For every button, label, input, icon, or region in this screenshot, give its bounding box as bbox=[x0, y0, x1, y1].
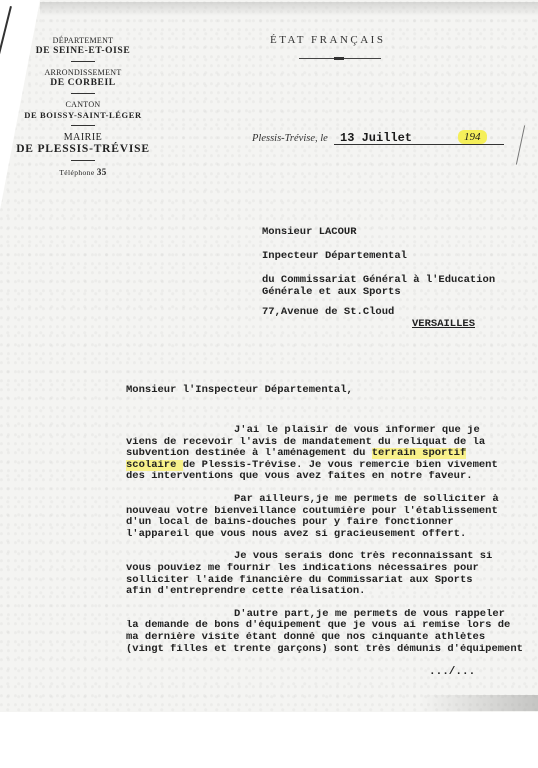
paragraph-3: Je vous serais donc très reconnaissant s… bbox=[126, 551, 538, 597]
telephone: Téléphone 35 bbox=[8, 167, 158, 177]
date-line: Plessis-Trévise, le 13 Juillet 194 bbox=[252, 132, 502, 148]
text-line: vous pouviez me fournir les indications … bbox=[126, 563, 538, 575]
text-segment: de Plessis-Trévise. Je vous remercie bie… bbox=[183, 460, 498, 471]
departement-label: DÉPARTEMENT bbox=[8, 36, 158, 45]
text-line: J'ai le plaisir de vous informer que je bbox=[126, 425, 538, 437]
text-line: la demande de bons d'équipement que je v… bbox=[126, 620, 538, 632]
scan-smudge bbox=[420, 695, 538, 711]
divider bbox=[71, 93, 95, 94]
mairie-label: MAIRIE bbox=[8, 132, 158, 143]
text-line: D'autre part,je me permets de vous rappe… bbox=[126, 609, 538, 621]
text-line: viens de recevoir l'avis de mandatement … bbox=[126, 437, 538, 449]
recipient-org-line1: du Commissariat Général à l'Education bbox=[262, 274, 532, 286]
recipient-city: VERSAILLES bbox=[412, 318, 532, 330]
arrondissement-name: DE CORBEIL bbox=[8, 78, 158, 88]
text-line: subvention destinée à l'aménagement du t… bbox=[126, 448, 538, 460]
crease-mark bbox=[516, 125, 525, 164]
date-place: Plessis-Trévise, le bbox=[252, 133, 328, 144]
recipient-name: Monsieur LACOUR bbox=[262, 226, 532, 238]
recipient-org-line2: Générale et aux Sports bbox=[262, 286, 532, 298]
paragraph-1: J'ai le plaisir de vous informer que je … bbox=[126, 425, 538, 483]
divider bbox=[71, 125, 95, 126]
canton-name: DE BOISSY-SAINT-LÉGER bbox=[8, 110, 158, 120]
highlighted-text: terrain sportif bbox=[372, 448, 467, 459]
salutation: Monsieur l'Inspecteur Départemental, bbox=[126, 384, 353, 396]
canton-label: CANTON bbox=[8, 100, 158, 109]
state-heading: ÉTAT FRANÇAIS bbox=[270, 34, 385, 46]
text-line: solliciter l'aide financière du Commissa… bbox=[126, 575, 538, 587]
state-heading-rule bbox=[299, 58, 381, 59]
text-line: afin d'entreprendre cette réalisation. bbox=[126, 586, 538, 598]
telephone-number: 35 bbox=[97, 167, 107, 177]
text-line: Par ailleurs,je me permets de solliciter… bbox=[126, 494, 538, 506]
highlighted-text: scolaire bbox=[126, 460, 183, 471]
telephone-label: Téléphone bbox=[59, 168, 94, 177]
continuation-mark: .../... bbox=[429, 666, 475, 678]
recipient-title: Inpecteur Départemental bbox=[262, 250, 532, 262]
letter-body: J'ai le plaisir de vous informer que je … bbox=[126, 425, 538, 666]
text-line: l'appareil que vous nous avez si gracieu… bbox=[126, 529, 538, 541]
divider bbox=[71, 160, 95, 161]
recipient-address: 77,Avenue de St.Cloud bbox=[262, 306, 532, 318]
text-line: ma dernière visite étant donné que nos c… bbox=[126, 632, 538, 644]
scan-shadow bbox=[40, 2, 538, 16]
text-line: scolaire de Plessis-Trévise. Je vous rem… bbox=[126, 460, 538, 472]
text-line: des interventions que vous avez faites e… bbox=[126, 471, 538, 483]
mairie-name: DE PLESSIS-TRÉVISE bbox=[8, 143, 158, 155]
departement-name: DE SEINE-ET-OISE bbox=[8, 46, 158, 56]
arrondissement-label: ARRONDISSEMENT bbox=[8, 68, 158, 77]
text-line: Je vous serais donc très reconnaissant s… bbox=[126, 551, 538, 563]
text-line: d'un local de bains-douches pour y faire… bbox=[126, 517, 538, 529]
paragraph-2: Par ailleurs,je me permets de solliciter… bbox=[126, 494, 538, 540]
text-line: nouveau votre bienveillance coutumière p… bbox=[126, 506, 538, 518]
recipient-block: Monsieur LACOUR Inpecteur Départemental … bbox=[262, 226, 532, 330]
date-year-highlighted: 194 bbox=[458, 130, 487, 144]
scanned-letter-page: DÉPARTEMENT DE SEINE-ET-OISE ARRONDISSEM… bbox=[0, 0, 538, 712]
text-line: (vingt filles et trente garçons) sont tr… bbox=[126, 644, 538, 656]
letterhead: DÉPARTEMENT DE SEINE-ET-OISE ARRONDISSEM… bbox=[8, 36, 158, 177]
text-segment: subvention destinée à l'aménagement du bbox=[126, 448, 372, 459]
date-value: 13 Juillet bbox=[340, 131, 412, 145]
divider bbox=[71, 61, 95, 62]
paragraph-4: D'autre part,je me permets de vous rappe… bbox=[126, 609, 538, 655]
